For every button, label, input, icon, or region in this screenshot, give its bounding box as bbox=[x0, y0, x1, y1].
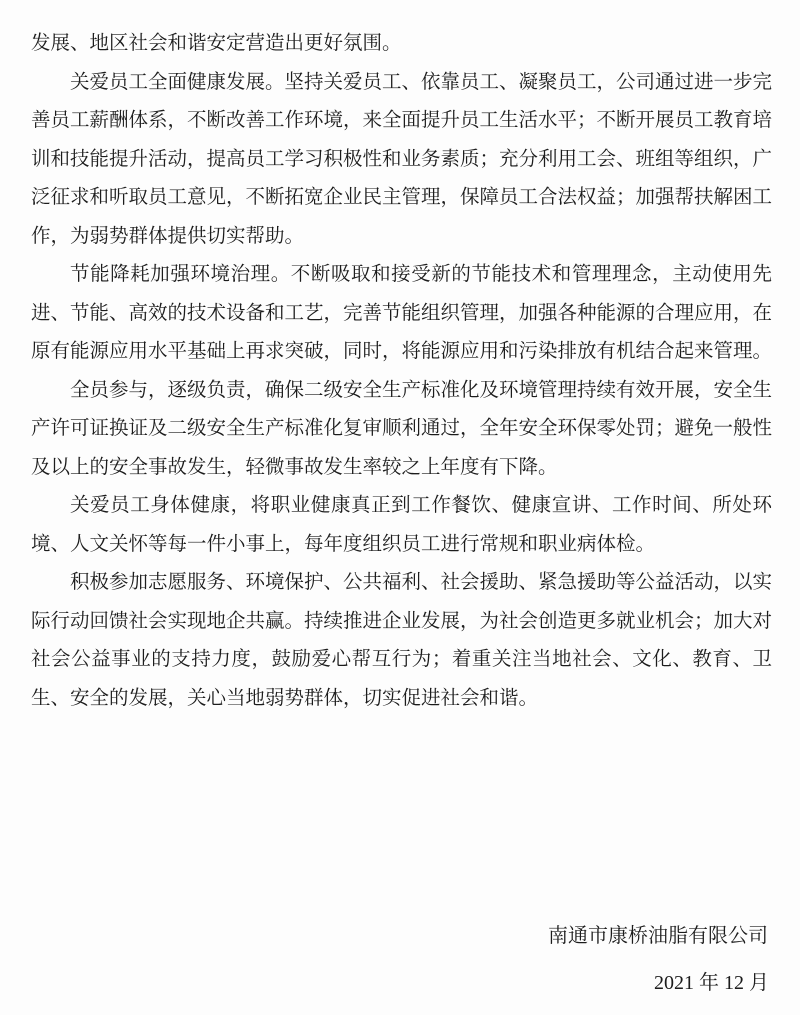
body-paragraph: 节能降耗加强环境治理。不断吸取和接受新的节能技术和管理理念，主动使用先进、节能、… bbox=[31, 256, 772, 372]
body-paragraph: 全员参与，逐级负责，确保二级安全生产标准化及环境管理持续有效开展，安全生产许可证… bbox=[31, 372, 772, 488]
body-paragraph: 积极参加志愿服务、环境保护、公共福利、社会援助、紧急援助等公益活动，以实际行动回… bbox=[31, 564, 772, 718]
document-page: 发展、地区社会和谐安定营造出更好氛围。 关爱员工全面健康发展。坚持关爱员工、依靠… bbox=[0, 0, 800, 1015]
signature-company-name: 南通市康桥油脂有限公司 bbox=[548, 924, 768, 948]
document-body: 发展、地区社会和谐安定营造出更好氛围。 关爱员工全面健康发展。坚持关爱员工、依靠… bbox=[31, 25, 772, 718]
body-paragraph: 发展、地区社会和谐安定营造出更好氛围。 bbox=[31, 25, 772, 64]
body-paragraph: 关爱员工身体健康，将职业健康真正到工作餐饮、健康宣讲、工作时间、所处环境、人文关… bbox=[31, 487, 772, 564]
signature-date: 2021 年 12 月 bbox=[654, 971, 769, 995]
body-paragraph: 关爱员工全面健康发展。坚持关爱员工、依靠员工、凝聚员工，公司通过进一步完善员工薪… bbox=[31, 64, 772, 257]
